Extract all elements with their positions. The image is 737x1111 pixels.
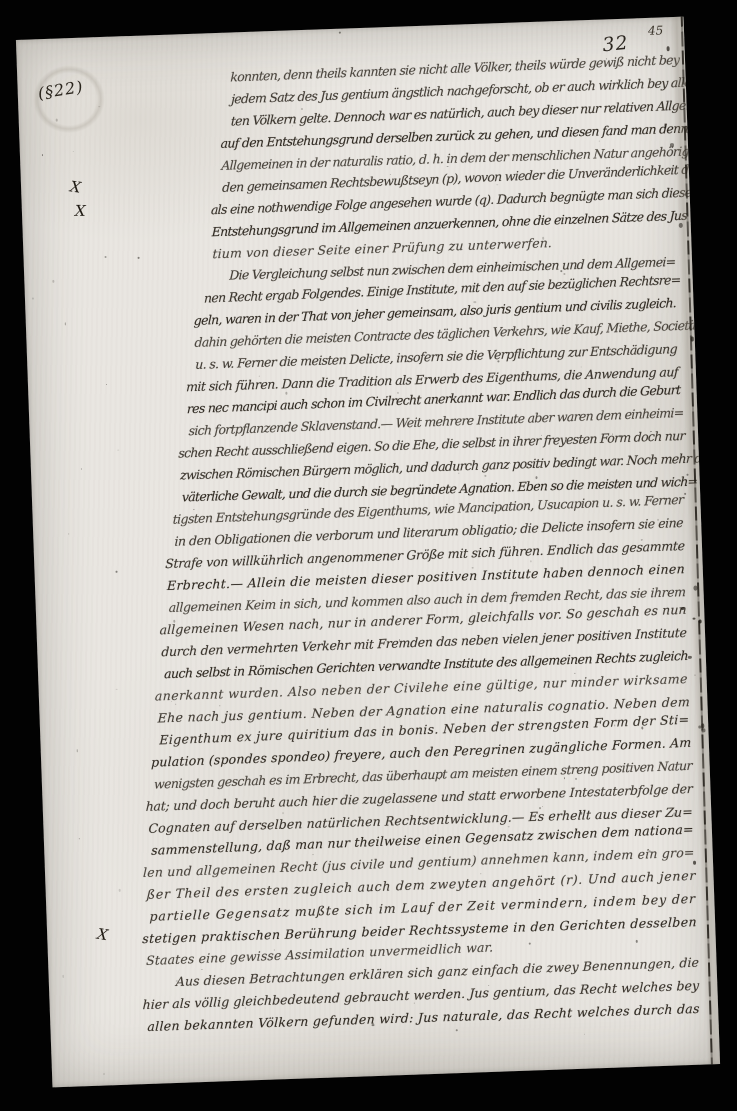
scan-noise-speck [219, 706, 220, 707]
scan-noise-speck [173, 620, 175, 623]
scan-noise-speck [216, 412, 217, 413]
scan-noise-speck [508, 826, 509, 827]
scan-noise-speck [103, 1074, 104, 1075]
scan-noise-speck [575, 778, 577, 780]
scan-noise-speck [340, 936, 342, 938]
scan-noise-speck [52, 280, 54, 283]
scan-noise-speck [690, 337, 694, 342]
scan-noise-speck [673, 813, 675, 816]
scan-noise-speck [541, 806, 542, 807]
scan-noise-speck [679, 223, 683, 228]
scan-noise-speck [580, 812, 582, 815]
scan-noise-speck [539, 807, 540, 808]
scan-noise-speck [116, 688, 118, 689]
scan-noise-speck [563, 273, 565, 275]
scan-noise-speck [702, 728, 706, 732]
scan-noise-speck [73, 151, 74, 152]
scan-noise-speck [176, 980, 177, 981]
scan-noise-speck [119, 889, 121, 892]
scan-noise-speck [664, 125, 666, 129]
scan-noise-speck [414, 130, 416, 132]
scan-noise-speck [606, 264, 608, 265]
scan-noise-speck [458, 685, 459, 687]
scan-noise-speck [313, 854, 314, 855]
scan-noise-speck [649, 851, 651, 852]
manuscript-text: konnten, denn theils kannten sie nicht a… [16, 17, 720, 1088]
scan-noise-speck [244, 1007, 245, 1008]
scan-noise-speck [138, 256, 140, 259]
scan-noise-speck [390, 174, 391, 175]
scanned-manuscript-photo: (§22) 32 45 X X X konnten, denn theils k… [0, 0, 737, 1111]
scan-noise-speck [670, 143, 674, 146]
scan-noise-speck [32, 298, 34, 300]
scan-noise-speck [641, 727, 643, 730]
scan-noise-speck [647, 218, 648, 219]
scan-noise-speck [684, 493, 686, 495]
scan-noise-speck [175, 703, 176, 704]
scan-noise-speck [81, 468, 82, 470]
scan-noise-speck [580, 366, 581, 367]
scan-noise-speck [472, 567, 473, 568]
scan-noise-speck [497, 361, 499, 363]
scan-noise-speck [530, 561, 531, 562]
scan-noise-speck [439, 779, 440, 780]
scan-noise-speck [282, 812, 283, 814]
scan-noise-speck [201, 969, 202, 970]
scan-noise-speck [285, 392, 287, 395]
scan-noise-speck [339, 32, 341, 34]
scan-noise-speck [694, 585, 698, 591]
scan-noise-speck [195, 805, 196, 806]
scan-noise-speck [68, 534, 69, 535]
scan-noise-speck [417, 688, 418, 689]
scan-noise-speck [688, 656, 692, 659]
scan-noise-speck [564, 777, 565, 779]
scan-noise-speck [106, 384, 107, 385]
manuscript-line: tium von dieser Seite einer Prüfung zu u… [213, 235, 553, 261]
scan-noise-speck [693, 861, 696, 865]
scan-noise-speck [529, 942, 531, 944]
scan-noise-speck [681, 607, 684, 610]
scan-noise-speck [430, 975, 432, 977]
scan-noise-speck [561, 270, 563, 272]
scan-noise-speck [473, 619, 475, 622]
scan-noise-speck [104, 255, 106, 257]
scan-noise-speck [456, 1029, 458, 1031]
scan-noise-speck [574, 673, 575, 674]
manuscript-page: (§22) 32 45 X X X konnten, denn theils k… [16, 17, 720, 1088]
scan-noise-speck [635, 939, 637, 942]
scan-noise-speck [372, 1024, 374, 1026]
